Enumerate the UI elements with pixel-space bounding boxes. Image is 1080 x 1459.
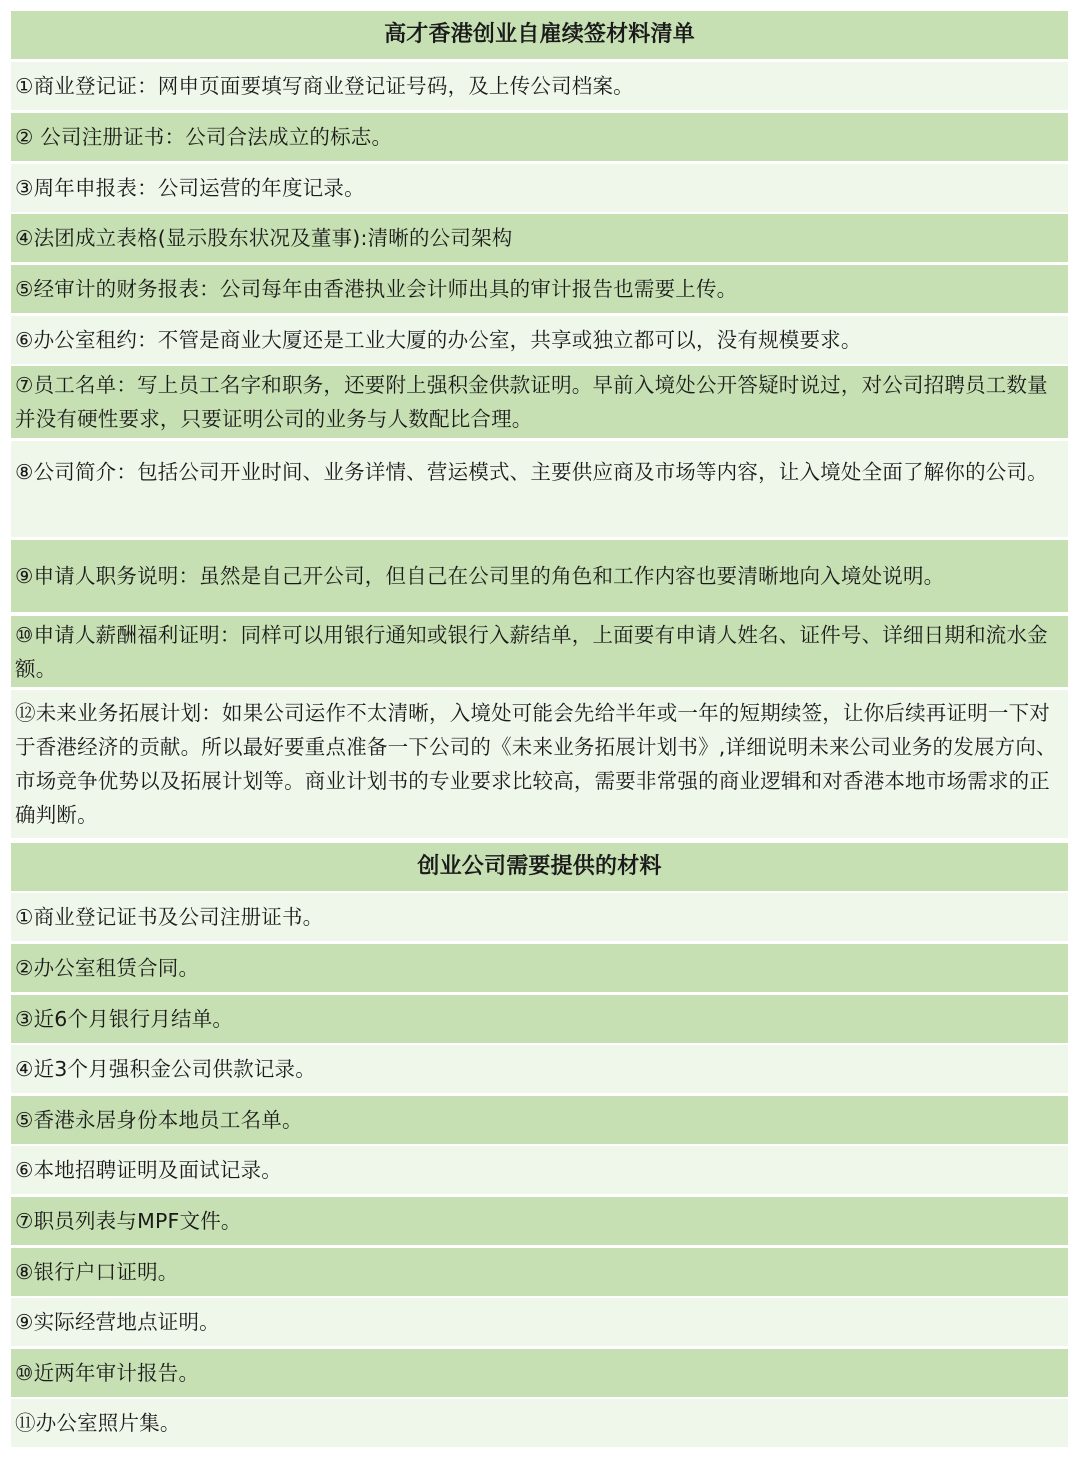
row-text: ⑤经审计的财务报表：公司每年由香港执业会计师出具的审计报告也需要上传。 (15, 272, 1064, 306)
table-row: ⑪办公室照片集。 (11, 1399, 1068, 1447)
table-row: ⑧公司简介：包括公司开业时间、业务详情、营运模式、主要供应商及市场等内容，让入境… (11, 441, 1068, 537)
row-text: ③近6个月银行月结单。 (15, 1002, 1064, 1036)
row-text: ⑤香港永居身份本地员工名单。 (15, 1103, 1064, 1137)
table-row: ⑩申请人薪酬福利证明：同样可以用银行通知或银行入薪结单，上面要有申请人姓名、证件… (11, 616, 1068, 687)
table-row: ①商业登记证书及公司注册证书。 (11, 893, 1068, 941)
section-header-renewal: 高才香港创业自雇续签材料清单 (11, 11, 1068, 59)
row-text: ⑪办公室照片集。 (15, 1406, 1064, 1440)
row-text: ② 公司注册证书：公司合法成立的标志。 (15, 120, 1064, 154)
table-row: ⑤经审计的财务报表：公司每年由香港执业会计师出具的审计报告也需要上传。 (11, 265, 1068, 313)
row-text: ①商业登记证：网申页面要填写商业登记证号码，及上传公司档案。 (15, 69, 1064, 103)
row-text: ⑥办公室租约：不管是商业大厦还是工业大厦的办公室，共享或独立都可以，没有规模要求… (15, 323, 1064, 357)
row-text: ⑩申请人薪酬福利证明：同样可以用银行通知或银行入薪结单，上面要有申请人姓名、证件… (15, 618, 1064, 686)
row-text: ②办公室租赁合同。 (15, 951, 1064, 985)
table-row: ⑤香港永居身份本地员工名单。 (11, 1096, 1068, 1144)
row-text: ⑧公司简介：包括公司开业时间、业务详情、营运模式、主要供应商及市场等内容，让入境… (15, 455, 1064, 489)
row-text: ⑨实际经营地点证明。 (15, 1305, 1064, 1339)
row-text: ⑦员工名单：写上员工名字和职务，还要附上强积金供款证明。早前入境处公开答疑时说过… (15, 368, 1064, 436)
section-header-startup: 创业公司需要提供的材料 (11, 843, 1068, 891)
table-row: ⑥办公室租约：不管是商业大厦还是工业大厦的办公室，共享或独立都可以，没有规模要求… (11, 316, 1068, 364)
table-row: ③近6个月银行月结单。 (11, 995, 1068, 1043)
table-row: ④法团成立表格(显示股东状况及董事):清晰的公司架构 (11, 214, 1068, 262)
row-text: ⑦职员列表与MPF文件。 (15, 1204, 1064, 1238)
table-row: ④近3个月强积金公司供款记录。 (11, 1045, 1068, 1093)
section-title: 高才香港创业自雇续签材料清单 (15, 18, 1064, 52)
section-title: 创业公司需要提供的材料 (15, 850, 1064, 884)
table-row: ② 公司注册证书：公司合法成立的标志。 (11, 113, 1068, 161)
table-row: ⑨实际经营地点证明。 (11, 1298, 1068, 1346)
table-row: ⑨申请人职务说明：虽然是自己开公司，但自己在公司里的角色和工作内容也要清晰地向入… (11, 540, 1068, 612)
table-row: ⑦职员列表与MPF文件。 (11, 1197, 1068, 1245)
table-row: ⑦员工名单：写上员工名字和职务，还要附上强积金供款证明。早前入境处公开答疑时说过… (11, 366, 1068, 438)
table-row: ⑥本地招聘证明及面试记录。 (11, 1146, 1068, 1194)
row-text: ①商业登记证书及公司注册证书。 (15, 900, 1064, 934)
row-text: ⑩近两年审计报告。 (15, 1356, 1064, 1390)
row-text: ⑨申请人职务说明：虽然是自己开公司，但自己在公司里的角色和工作内容也要清晰地向入… (15, 559, 1064, 593)
row-text: ④近3个月强积金公司供款记录。 (15, 1052, 1064, 1086)
table-row: ③周年申报表：公司运营的年度记录。 (11, 164, 1068, 212)
row-text: ③周年申报表：公司运营的年度记录。 (15, 171, 1064, 205)
table-row: ①商业登记证：网申页面要填写商业登记证号码，及上传公司档案。 (11, 62, 1068, 110)
table-row: ⑩近两年审计报告。 (11, 1349, 1068, 1397)
table-row: ②办公室租赁合同。 (11, 944, 1068, 992)
row-text: ⑥本地招聘证明及面试记录。 (15, 1153, 1064, 1187)
table-row: ⑫未来业务拓展计划：如果公司运作不太清晰，入境处可能会先给半年或一年的短期续签，… (11, 690, 1068, 838)
row-text: ④法团成立表格(显示股东状况及董事):清晰的公司架构 (15, 221, 1064, 255)
row-text: ⑧银行户口证明。 (15, 1255, 1064, 1289)
row-text: ⑫未来业务拓展计划：如果公司运作不太清晰，入境处可能会先给半年或一年的短期续签，… (15, 696, 1064, 832)
table-row: ⑧银行户口证明。 (11, 1248, 1068, 1296)
